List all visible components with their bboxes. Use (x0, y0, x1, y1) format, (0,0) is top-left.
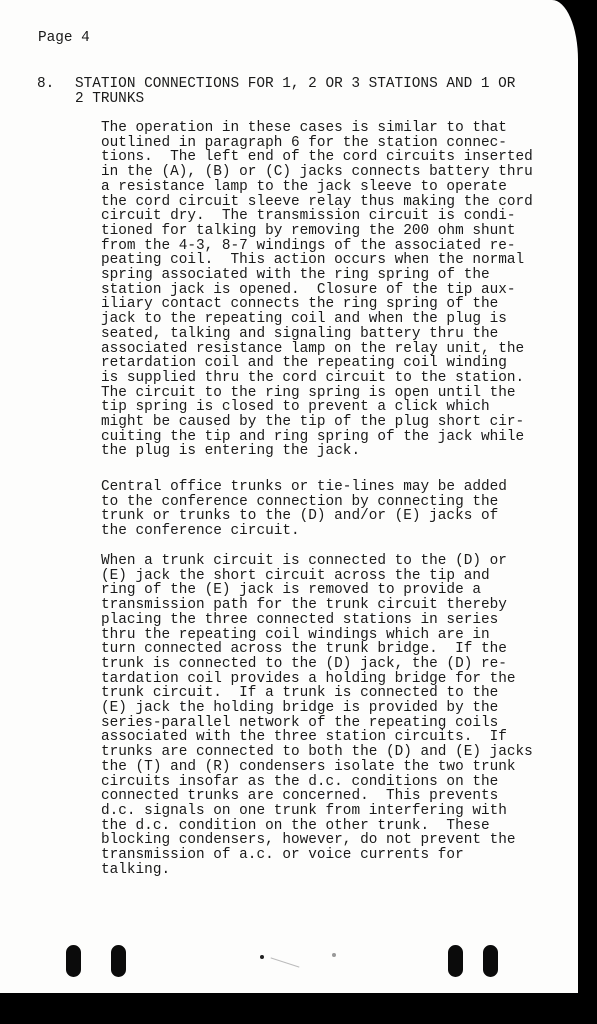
text-line: blocking condensers, however, do not pre… (101, 832, 516, 848)
text-line: circuit dry. The transmission circuit is… (101, 208, 516, 224)
text-line: peating coil. This action occurs when th… (101, 252, 524, 268)
text-line: ring of the (E) jack is removed to provi… (101, 582, 481, 598)
text-line: tions. The left end of the cord circuits… (101, 149, 533, 165)
text-line: in the (A), (B) or (C) jacks connects ba… (101, 164, 533, 180)
text-line: cuiting the tip and ring spring of the j… (101, 429, 524, 445)
paragraph-trunk-circuit: When a trunk circuit is connected to the… (101, 554, 533, 877)
text-line: The circuit to the ring spring is open u… (101, 385, 516, 401)
text-line: associated with the three station circui… (101, 729, 507, 745)
text-line: might be caused by the tip of the plug s… (101, 414, 524, 430)
paragraph-trunks-added: Central office trunks or tie-lines may b… (101, 480, 507, 539)
text-line: retardation coil and the repeating coil … (101, 355, 507, 371)
text-line: trunk circuit. If a trunk is connected t… (101, 685, 498, 701)
text-line: from the 4-3, 8-7 windings of the associ… (101, 238, 516, 254)
section-title-line: 2 TRUNKS (75, 91, 144, 107)
section-number: 8. (37, 77, 54, 92)
text-line: the d.c. condition on the other trunk. T… (101, 818, 490, 834)
text-line: trunks are connected to both the (D) and… (101, 744, 533, 760)
text-line: turn connected across the trunk bridge. … (101, 641, 507, 657)
text-line: the conference circuit. (101, 523, 300, 539)
text-line: connected trunks are concerned. This pre… (101, 788, 498, 804)
text-line: iliary contact connects the ring spring … (101, 296, 498, 312)
scanned-page: Page 4 8. STATION CONNECTIONS FOR 1, 2 O… (0, 0, 578, 993)
text-line: trunk is connected to the (D) jack, the … (101, 656, 507, 672)
text-line: jack to the repeating coil and when the … (101, 311, 507, 327)
text-line: seated, talking and signaling battery th… (101, 326, 498, 342)
text-line: outlined in paragraph 6 for the station … (101, 135, 507, 151)
text-line: Central office trunks or tie-lines may b… (101, 479, 507, 495)
text-line: (E) jack the short circuit across the ti… (101, 568, 490, 584)
text-line: thru the repeating coil windings which a… (101, 627, 490, 643)
text-line: transmission of a.c. or voice currents f… (101, 847, 464, 863)
text-line: talking. (101, 862, 170, 878)
text-line: circuits insofar as the d.c. conditions … (101, 774, 498, 790)
text-line: the (T) and (R) condensers isolate the t… (101, 759, 516, 775)
text-line: When a trunk circuit is connected to the… (101, 553, 507, 569)
text-line: tioned for talking by removing the 200 o… (101, 223, 516, 239)
text-line: is supplied thru the cord circuit to the… (101, 370, 524, 386)
text-line: the cord circuit sleeve relay thus makin… (101, 194, 533, 210)
text-line: the plug is entering the jack. (101, 443, 360, 459)
paragraph-operation: The operation in these cases is similar … (101, 121, 533, 459)
text-line: station jack is opened. Closure of the t… (101, 282, 516, 298)
punch-hole-icon (483, 945, 498, 977)
scan-mark (271, 957, 300, 967)
punch-hole-icon (66, 945, 81, 977)
text-line: placing the three connected stations in … (101, 612, 498, 628)
text-line: spring associated with the ring spring o… (101, 267, 490, 283)
scan-speck (332, 953, 336, 957)
text-line: tardation coil provides a holding bridge… (101, 671, 516, 687)
text-line: trunk or trunks to the (D) and/or (E) ja… (101, 508, 498, 524)
section-title: STATION CONNECTIONS FOR 1, 2 OR 3 STATIO… (75, 77, 515, 106)
punch-hole-icon (111, 945, 126, 977)
text-line: series-parallel network of the repeating… (101, 715, 498, 731)
section-title-line: STATION CONNECTIONS FOR 1, 2 OR 3 STATIO… (75, 76, 515, 92)
text-line: d.c. signals on one trunk from interferi… (101, 803, 507, 819)
text-line: The operation in these cases is similar … (101, 120, 507, 136)
text-line: associated resistance lamp on the relay … (101, 341, 524, 357)
text-line: transmission path for the trunk circuit … (101, 597, 507, 613)
page-number: Page 4 (38, 31, 90, 46)
text-line: tip spring is closed to prevent a click … (101, 399, 490, 415)
text-line: (E) jack the holding bridge is provided … (101, 700, 498, 716)
text-line: a resistance lamp to the jack sleeve to … (101, 179, 507, 195)
scan-speck (260, 955, 264, 959)
punch-hole-icon (448, 945, 463, 977)
text-line: to the conference connection by connecti… (101, 494, 498, 510)
